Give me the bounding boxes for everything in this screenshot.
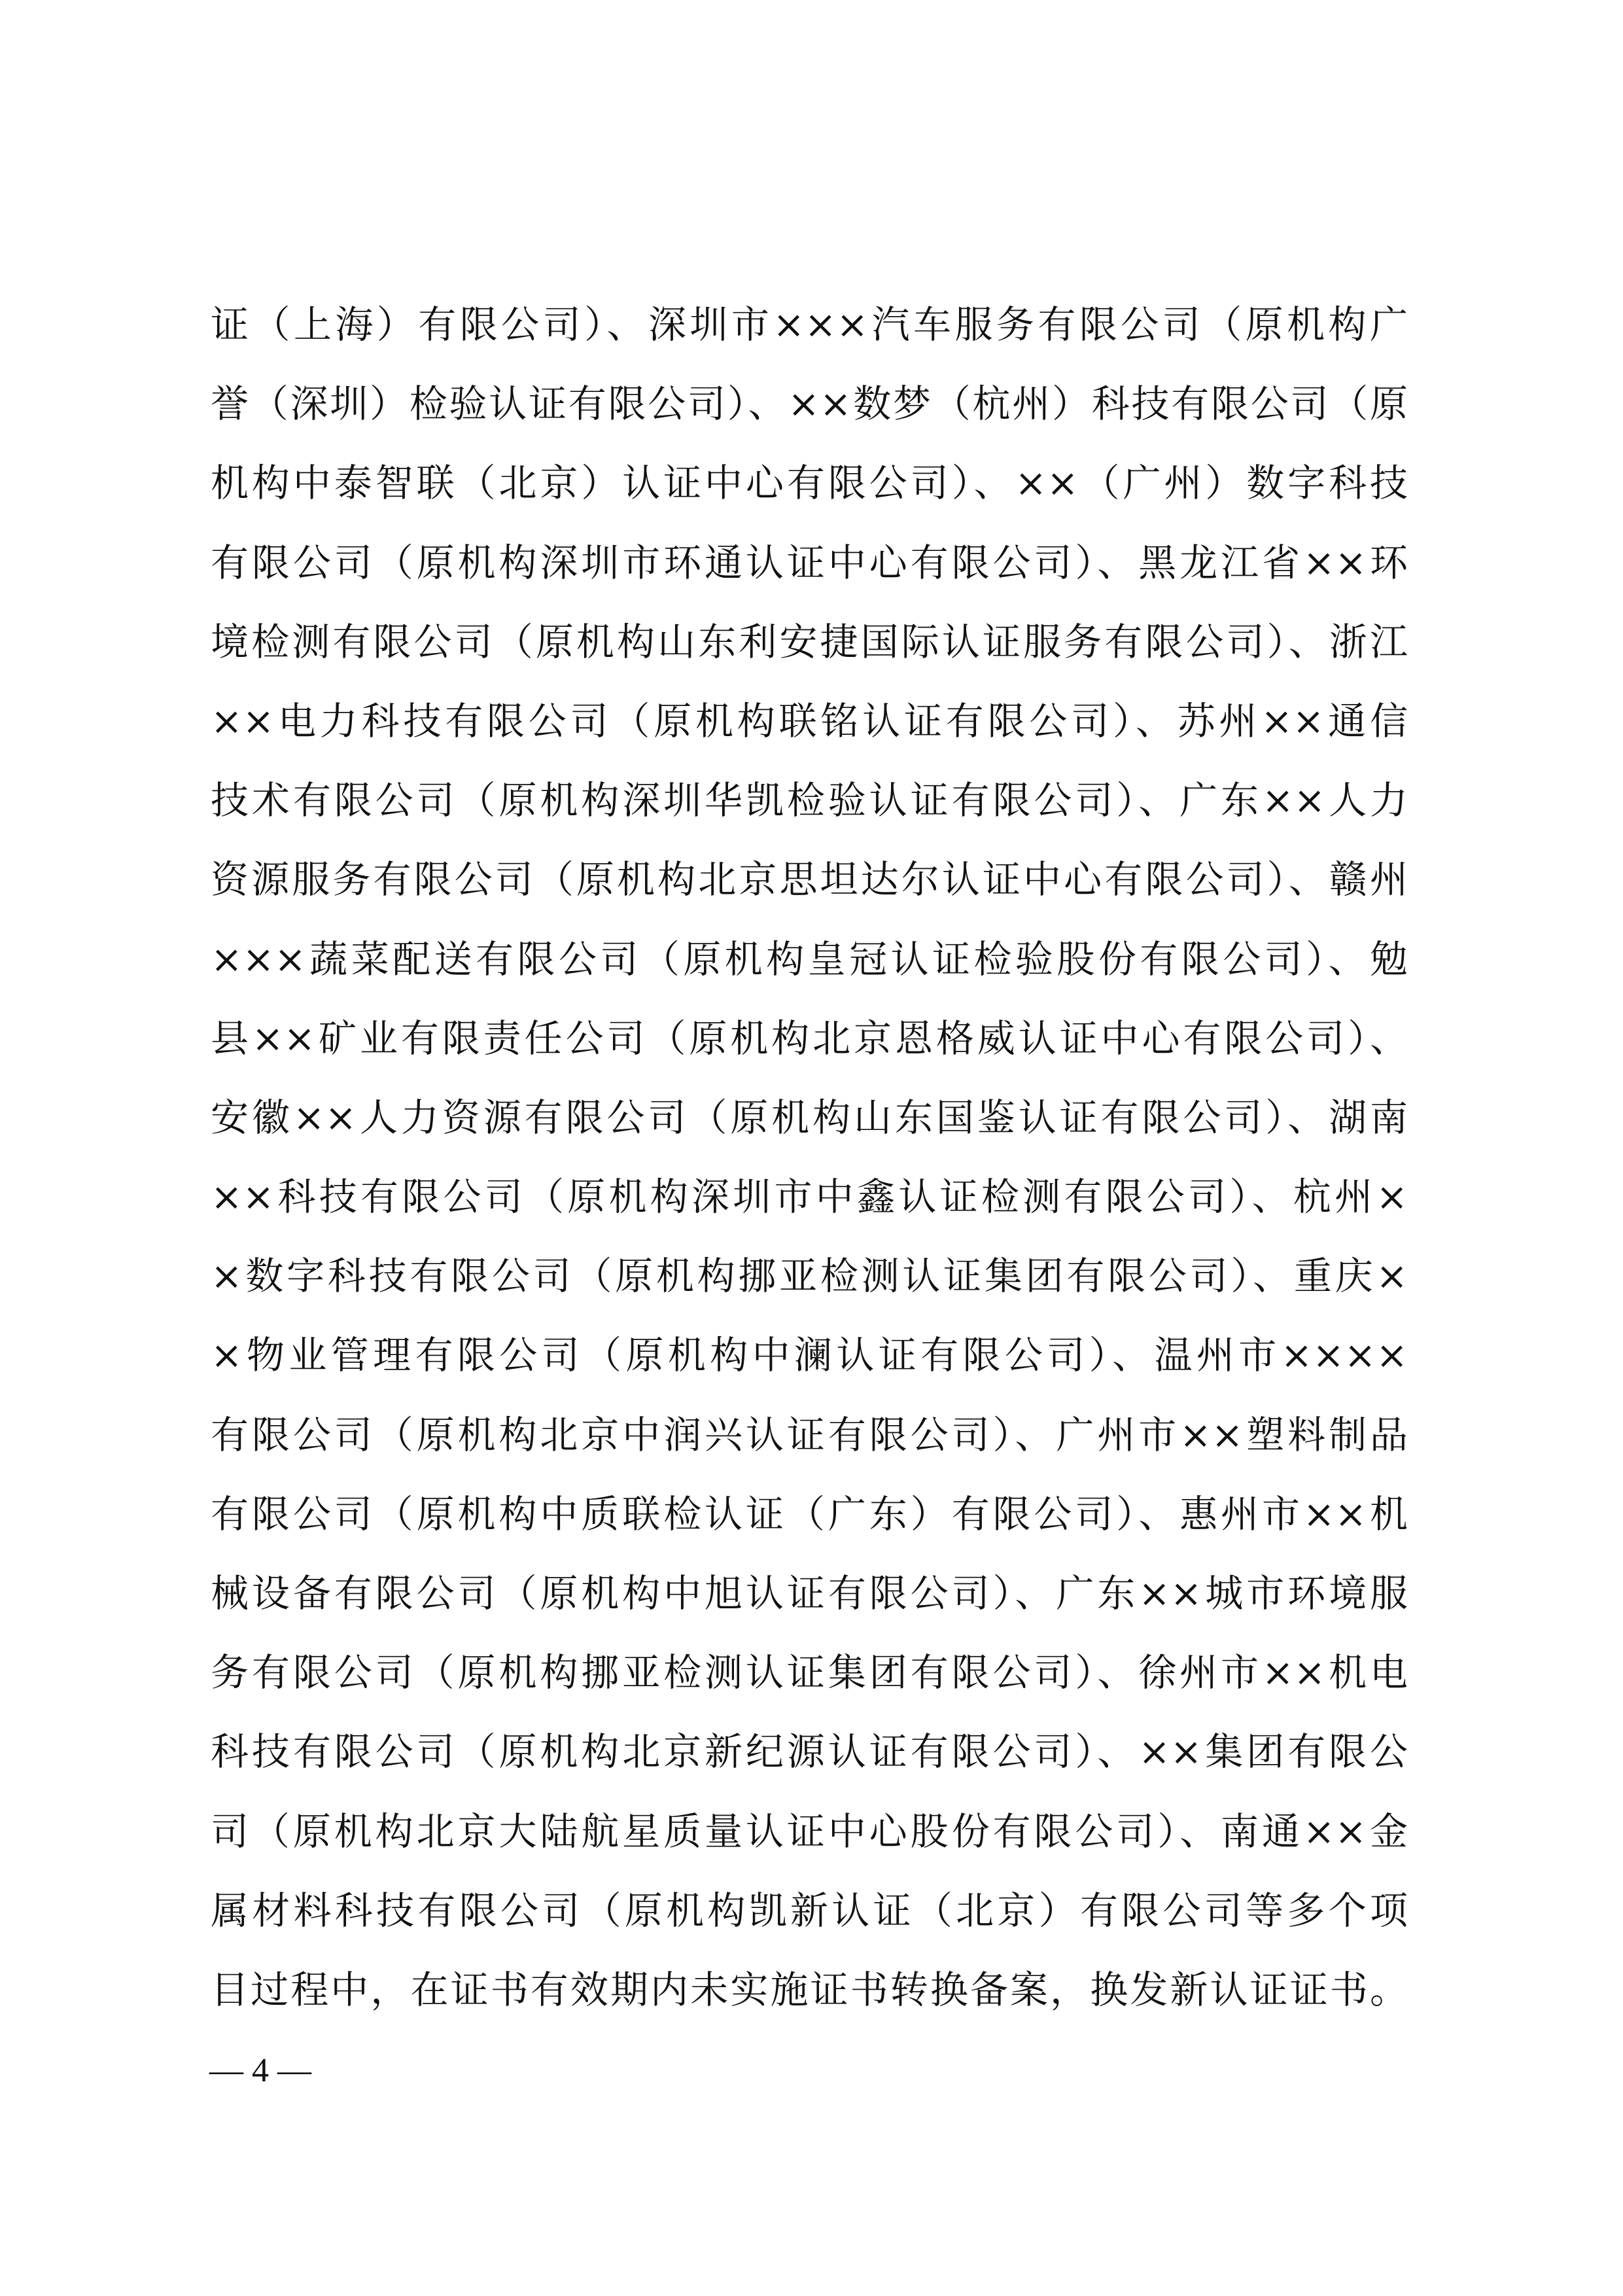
document-page: 证（上海）有限公司）、深圳市×××汽车服务有限公司（原机构广 誉（深圳）检验认证… (0, 0, 1623, 2296)
paragraph-line-16: 有限公司（原机构中质联检认证（广东）有限公司）、惠州市××机 (211, 1475, 1408, 1554)
page-number: — 4 — (209, 2048, 311, 2094)
paragraph-line-20: 司（原机构北京大陆航星质量认证中心股份有限公司）、南通××金 (211, 1792, 1408, 1871)
paragraph-line-14: ×物业管理有限公司（原机构中澜认证有限公司）、温州市×××× (211, 1316, 1408, 1395)
paragraph-line-2: 誉（深圳）检验认证有限公司）、××数梦（杭州）科技有限公司（原 (211, 364, 1408, 444)
paragraph-line-21: 属材料科技有限公司（原机构凯新认证（北京）有限公司等多个项 (211, 1871, 1408, 1951)
paragraph-line-13: ×数字科技有限公司（原机构挪亚检测认证集团有限公司）、重庆× (211, 1237, 1408, 1316)
paragraph-line-4: 有限公司（原机构深圳市环通认证中心有限公司）、黑龙江省××环 (211, 523, 1408, 603)
paragraph-line-3: 机构中泰智联（北京）认证中心有限公司）、××（广州）数字科技 (211, 444, 1408, 523)
paragraph-line-11: 安徽××人力资源有限公司（原机构山东国鉴认证有限公司）、湖南 (211, 1078, 1408, 1157)
paragraph-line-10: 县××矿业有限责任公司（原机构北京恩格威认证中心有限公司）、 (211, 999, 1408, 1078)
paragraph-line-12: ××科技有限公司（原机构深圳市中鑫认证检测有限公司）、杭州× (211, 1157, 1408, 1237)
paragraph-line-17: 械设备有限公司（原机构中旭认证有限公司）、广东××城市环境服 (211, 1554, 1408, 1633)
paragraph-line-6: ××电力科技有限公司（原机构联铭认证有限公司）、苏州××通信 (211, 682, 1408, 761)
paragraph-line-1: 证（上海）有限公司）、深圳市×××汽车服务有限公司（原机构广 (211, 285, 1408, 364)
paragraph-line-5: 境检测有限公司（原机构山东利安捷国际认证服务有限公司）、浙江 (211, 603, 1408, 682)
paragraph-line-15: 有限公司（原机构北京中润兴认证有限公司）、广州市××塑料制品 (211, 1396, 1408, 1475)
paragraph-line-18: 务有限公司（原机构挪亚检测认证集团有限公司）、徐州市××机电 (211, 1633, 1408, 1712)
paragraph-line-19: 科技有限公司（原机构北京新纪源认证有限公司）、××集团有限公 (211, 1712, 1408, 1792)
paragraph-line-7: 技术有限公司（原机构深圳华凯检验认证有限公司）、广东××人力 (211, 761, 1408, 840)
paragraph-line-9: ×××蔬菜配送有限公司（原机构皇冠认证检验股份有限公司）、勉 (211, 920, 1408, 999)
paragraph-line-22: 目过程中，在证书有效期内未实施证书转换备案，换发新认证证书。 (211, 1951, 1408, 2030)
body-paragraph: 证（上海）有限公司）、深圳市×××汽车服务有限公司（原机构广 誉（深圳）检验认证… (211, 285, 1408, 2030)
paragraph-line-8: 资源服务有限公司（原机构北京思坦达尔认证中心有限公司）、赣州 (211, 840, 1408, 919)
